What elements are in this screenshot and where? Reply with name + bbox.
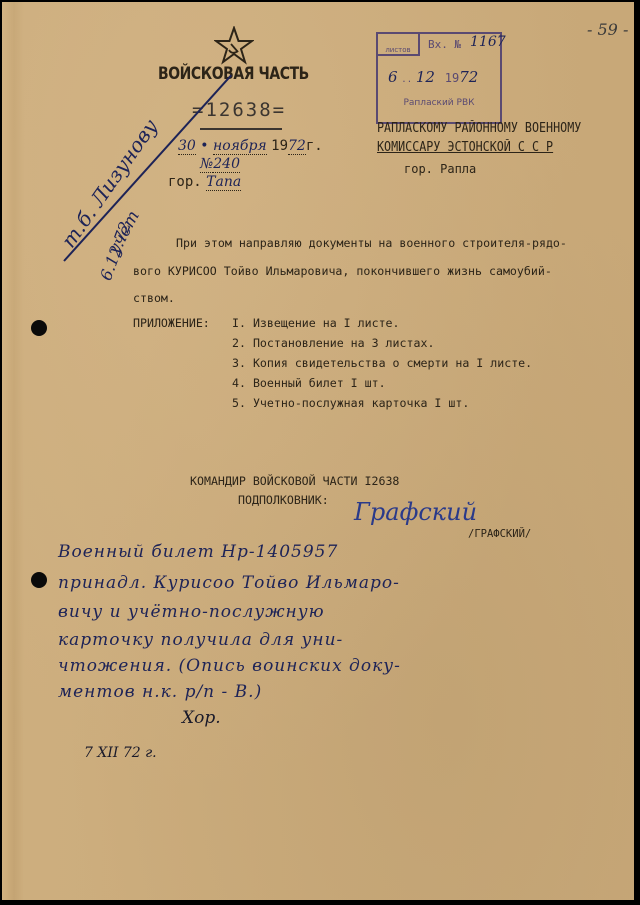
handwritten-note-line: вичу и учётно-послужную	[58, 602, 325, 622]
incoming-stamp: листов Вх. № 1167 6 .. 12 1972 Раплаский…	[376, 32, 502, 124]
stamp-date: 6 .. 12 1972	[388, 68, 478, 87]
addressee-city: гор. Рапла	[404, 162, 476, 176]
handwritten-note-line: карточку получила для уни-	[58, 630, 343, 650]
stamp-organization: Раплаский РВК	[378, 98, 500, 108]
attachments-label: ПРИЛОЖЕНИЕ:	[133, 316, 210, 330]
attachment-item: 4. Военный билет I шт.	[232, 376, 386, 390]
signatory-name: /ГРАФСКИЙ/	[468, 528, 531, 540]
outgoing-number: №240	[200, 156, 240, 172]
outgoing-city: гор. Тапа	[168, 174, 241, 190]
body-line: При этом направляю документы на военного…	[176, 236, 567, 250]
body-line: вого КУРИСОО Тойво Ильмаровича, покончив…	[133, 264, 552, 278]
handwritten-date: 7 XII 72 г.	[84, 745, 157, 761]
attachment-item: 5. Учетно-послужная карточка I шт.	[232, 396, 469, 410]
handwritten-note-line: чтожения. (Опись воинских доку-	[58, 656, 401, 676]
handwritten-note-line: ментов н.к. р/п - В.)	[58, 682, 262, 702]
unit-title: ВОЙСКОВАЯ ЧАСТЬ	[158, 64, 309, 84]
attachment-item: 3. Копия свидетельства о смерти на I лис…	[232, 356, 532, 370]
punch-hole	[31, 320, 47, 336]
addressee-line: КОМИССАРУ ЭСТОНСКОЙ С С Р	[377, 140, 553, 155]
stamp-sheets: листов	[378, 34, 420, 56]
divider	[200, 128, 282, 130]
resolution-date: 6.12.72	[96, 219, 135, 283]
punch-hole	[31, 572, 47, 588]
signature: Графский	[354, 498, 477, 526]
attachment-item: 2. Постановление на 3 листах.	[232, 336, 434, 350]
handwritten-note-line: принадл. Курисоо Тойво Ильмаро-	[58, 573, 400, 593]
resolution-text: т.б. Лизунову	[56, 115, 162, 252]
addressee-line: РАПЛАСКОМУ РАЙОННОМУ ВОЕННОМУ	[377, 121, 581, 136]
soviet-star-icon	[214, 26, 254, 66]
signatory-rank: ПОДПОЛКОВНИК:	[238, 493, 329, 507]
handwritten-note-line: Военный билет Нр-1405957	[58, 542, 338, 562]
stamp-incoming-label: Вх. №	[428, 38, 461, 51]
stamp-incoming-number: 1167	[470, 34, 506, 50]
signatory-title: КОМАНДИР ВОЙСКОВОЙ ЧАСТИ I2638	[190, 474, 399, 488]
page-number: - 59 -	[587, 20, 628, 39]
handwritten-initials: Хор.	[182, 708, 221, 728]
attachment-item: I. Извещение на I листе.	[232, 316, 400, 330]
body-line: ством.	[133, 291, 175, 305]
document-page: ВОЙСКОВАЯ ЧАСТЬ =12638= 30 • ноября 1972…	[2, 2, 634, 900]
outgoing-date: 30 • ноября 1972г.	[178, 138, 323, 154]
